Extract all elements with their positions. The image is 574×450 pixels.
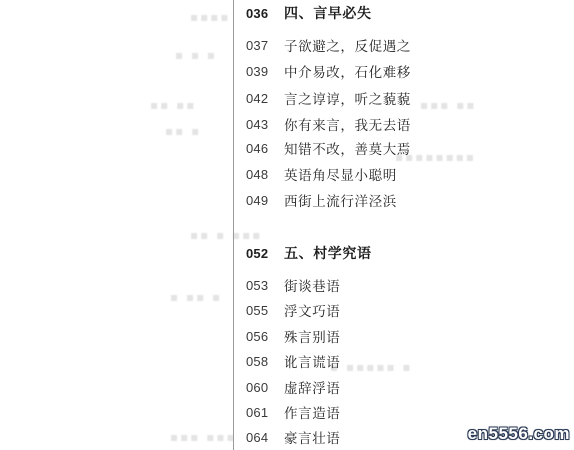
entry-title: 作言造语 [284,402,340,422]
entry-title: 豪言壮语 [284,427,340,447]
toc-entry[interactable]: 037 子欲避之，反促遇之 [246,34,411,56]
entry-title: 四、言早必失 [284,3,372,23]
entry-title: 五、村学究语 [284,243,372,263]
toc-entry[interactable]: 064 豪言壮语 [246,426,340,448]
toc-entry[interactable]: 055 浮文巧语 [246,299,340,321]
entry-title: 讹言谎语 [284,351,340,371]
entry-title: 街谈巷语 [284,275,340,295]
page-number: 036 [246,6,284,21]
site-watermark: en5556.com [468,424,570,444]
page-number: 056 [246,329,284,344]
page-number: 037 [246,38,284,53]
toc-entry[interactable]: 042 言之谆谆，听之藐藐 [246,87,411,109]
toc-entry[interactable]: 060 虚辞浮语 [246,376,340,398]
toc-entry[interactable]: 056 殊言别语 [246,325,340,347]
entry-title: 西街上流行洋泾浜 [284,190,397,210]
toc-section-heading[interactable]: 036 四、言早必失 [246,2,372,24]
toc-section-heading[interactable]: 052 五、村学究语 [246,242,372,264]
entry-title: 虚辞浮语 [284,377,340,397]
toc-entry[interactable]: 046 知错不改，善莫大焉 [246,137,411,159]
toc-entry[interactable]: 061 作言造语 [246,401,340,423]
entry-title: 子欲避之，反促遇之 [284,35,411,55]
page-number: 048 [246,167,284,182]
page-number: 064 [246,430,284,445]
page-number: 060 [246,380,284,395]
entry-title: 浮文巧语 [284,300,340,320]
page-number: 049 [246,193,284,208]
page-number: 053 [246,278,284,293]
toc-entry[interactable]: 049 西街上流行洋泾浜 [246,189,397,211]
page-number: 052 [246,246,284,261]
toc-entry[interactable]: 048 英语角尽显小聪明 [246,163,397,185]
table-of-contents: 036 四、言早必失 037 子欲避之，反促遇之 039 中介易改，石化难移 0… [0,0,574,450]
toc-entry[interactable]: 043 你有来言，我无去语 [246,113,411,135]
entry-title: 言之谆谆，听之藐藐 [284,88,411,108]
entry-title: 中介易改，石化难移 [284,61,411,81]
entry-title: 知错不改，善莫大焉 [284,138,411,158]
toc-entry[interactable]: 039 中介易改，石化难移 [246,60,411,82]
page-number: 055 [246,303,284,318]
entry-title: 你有来言，我无去语 [284,114,411,134]
page-number: 043 [246,117,284,132]
page-number: 042 [246,91,284,106]
toc-entry[interactable]: 053 街谈巷语 [246,274,340,296]
entry-title: 英语角尽显小聪明 [284,164,397,184]
page-number: 058 [246,354,284,369]
page-number: 046 [246,141,284,156]
page-number: 061 [246,405,284,420]
entry-title: 殊言别语 [284,326,340,346]
toc-entry[interactable]: 058 讹言谎语 [246,350,340,372]
page-number: 039 [246,64,284,79]
